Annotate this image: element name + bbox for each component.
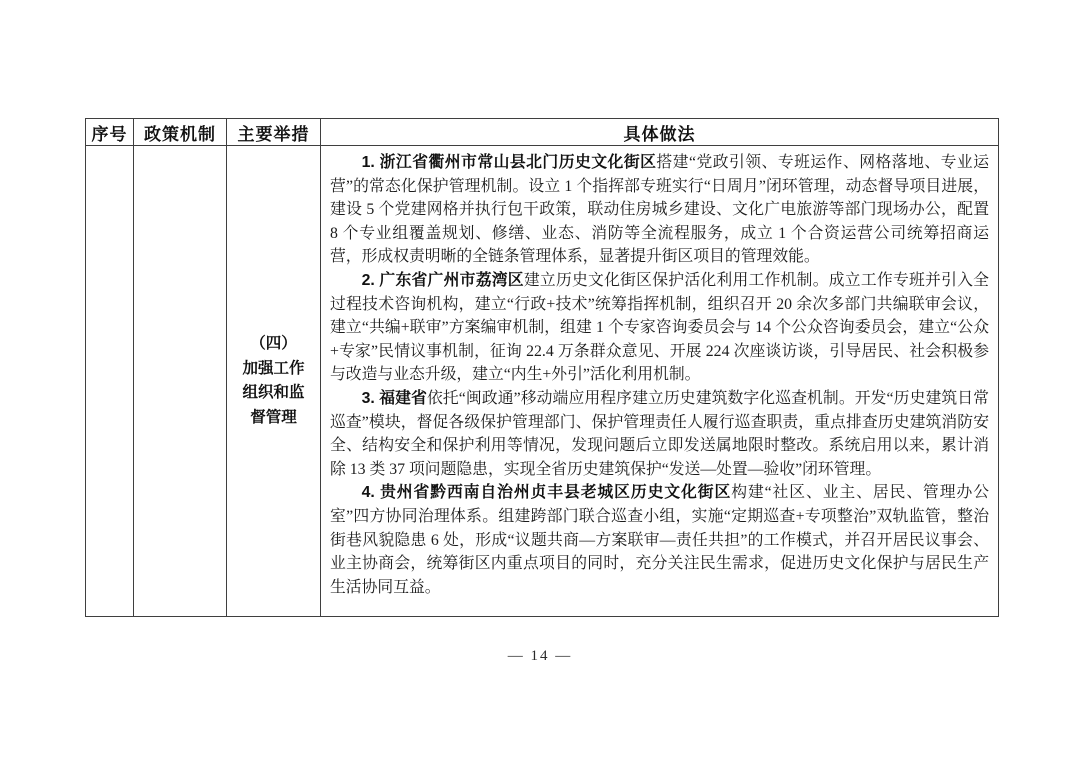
- practice-body-3: 依托“闽政通”移动端应用程序建立历史建筑数字化巡查机制。开发“历史建筑日常巡查”…: [330, 390, 989, 478]
- table-header-row: 序号 政策机制 主要举措 具体做法: [86, 119, 999, 146]
- column-header-serial: 序号: [86, 119, 134, 146]
- specific-practices-cell: 1. 浙江省衢州市常山县北门历史文化街区搭建“党政引领、专班运作、网格落地、专业…: [321, 146, 999, 617]
- policy-mechanism-cell: [134, 146, 227, 617]
- practice-paragraph-4: 4. 贵州省黔西南自治州贞丰县老城区历史文化街区构建“社区、业主、居民、管理办公…: [330, 481, 989, 599]
- column-header-main-measures: 主要举措: [227, 119, 321, 146]
- measure-line: 督管理: [227, 406, 320, 431]
- document-page: 序号 政策机制 主要举措 具体做法 （四） 加强工作 组织和监 督管理 1. 浙…: [0, 0, 1080, 764]
- page-number: — 14 —: [0, 648, 1080, 665]
- practice-lead-4: 4. 贵州省黔西南自治州贞丰县老城区历史文化街区: [362, 484, 732, 501]
- policy-measures-table: 序号 政策机制 主要举措 具体做法 （四） 加强工作 组织和监 督管理 1. 浙…: [85, 118, 999, 617]
- measure-line: 加强工作: [227, 357, 320, 382]
- column-header-policy-mechanism: 政策机制: [134, 119, 227, 146]
- table-body-row: （四） 加强工作 组织和监 督管理 1. 浙江省衢州市常山县北门历史文化街区搭建…: [86, 146, 999, 617]
- practice-lead-3: 3. 福建省: [362, 390, 427, 407]
- practice-lead-2: 2. 广东省广州市荔湾区: [362, 272, 524, 289]
- practice-paragraph-2: 2. 广东省广州市荔湾区建立历史文化街区保护活化利用工作机制。成立工作专班并引入…: [330, 269, 989, 387]
- serial-cell: [86, 146, 134, 617]
- main-measure-cell: （四） 加强工作 组织和监 督管理: [227, 146, 321, 617]
- practice-lead-1: 1. 浙江省衢州市常山县北门历史文化街区: [362, 154, 657, 171]
- column-header-specific-practices: 具体做法: [321, 119, 999, 146]
- measure-line: （四）: [227, 332, 320, 357]
- practice-paragraph-3: 3. 福建省依托“闽政通”移动端应用程序建立历史建筑数字化巡查机制。开发“历史建…: [330, 387, 989, 481]
- practice-paragraph-1: 1. 浙江省衢州市常山县北门历史文化街区搭建“党政引领、专班运作、网格落地、专业…: [330, 151, 989, 269]
- measure-line: 组织和监: [227, 381, 320, 406]
